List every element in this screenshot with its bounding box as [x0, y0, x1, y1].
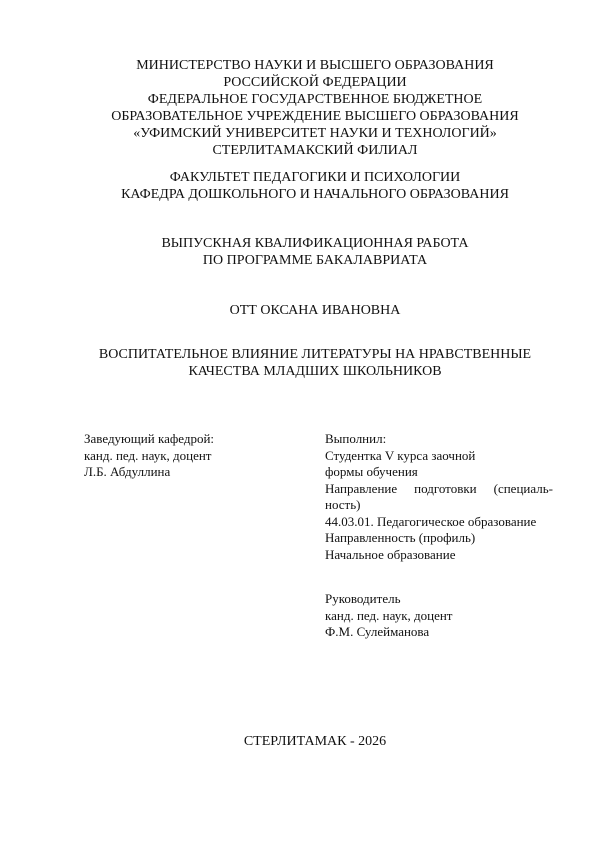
- ministry-line: РОССИЙСКОЙ ФЕДЕРАЦИИ: [80, 74, 550, 91]
- profile-label: Направленность (профиль): [325, 530, 553, 547]
- ministry-line: ФЕДЕРАЛЬНОЕ ГОСУДАРСТВЕННОЕ БЮДЖЕТНОЕ: [80, 91, 550, 108]
- ministry-line: МИНИСТЕРСТВО НАУКИ И ВЫСШЕГО ОБРАЗОВАНИЯ: [80, 57, 550, 74]
- branch-name: СТЕРЛИТАМАКСКИЙ ФИЛИАЛ: [80, 142, 550, 159]
- ministry-header: МИНИСТЕРСТВО НАУКИ И ВЫСШЕГО ОБРАЗОВАНИЯ…: [80, 57, 550, 159]
- faculty-header: ФАКУЛЬТЕТ ПЕДАГОГИКИ И ПСИХОЛОГИИ КАФЕДР…: [80, 169, 550, 203]
- supervisor-degree: канд. пед. наук, доцент: [325, 608, 553, 625]
- head-of-department-block: Заведующий кафедрой: канд. пед. наук, до…: [84, 431, 284, 481]
- faculty-name: ФАКУЛЬТЕТ ПЕДАГОГИКИ И ПСИХОЛОГИИ: [80, 169, 550, 186]
- university-name: «УФИМСКИЙ УНИВЕРСИТЕТ НАУКИ И ТЕХНОЛОГИЙ…: [80, 125, 550, 142]
- performed-by-block: Выполнил: Студентка V курса заочной форм…: [325, 431, 553, 563]
- thesis-title-line: КАЧЕСТВА МЛАДШИХ ШКОЛЬНИКОВ: [80, 363, 550, 380]
- city-year: СТЕРЛИТАМАК - 2026: [80, 733, 550, 750]
- author-name-text: ОТТ ОКСАНА ИВАНОВНА: [80, 302, 550, 319]
- direction-code: 44.03.01. Педагогическое образование: [325, 514, 553, 531]
- supervisor-name: Ф.М. Сулейманова: [325, 624, 553, 641]
- supervisor-label: Руководитель: [325, 591, 553, 608]
- work-type: ВЫПУСКНАЯ КВАЛИФИКАЦИОННАЯ РАБОТА ПО ПРО…: [80, 235, 550, 269]
- study-form: формы обучения: [325, 464, 553, 481]
- head-label: Заведующий кафедрой:: [84, 431, 284, 448]
- student-course: Студентка V курса заочной: [325, 448, 553, 465]
- work-type-line: ПО ПРОГРАММЕ БАКАЛАВРИАТА: [80, 252, 550, 269]
- thesis-title-line: ВОСПИТАТЕЛЬНОЕ ВЛИЯНИЕ ЛИТЕРАТУРЫ НА НРА…: [80, 346, 550, 363]
- author-name: ОТТ ОКСАНА ИВАНОВНА: [80, 302, 550, 319]
- direction-label: Направление подготовки (специаль-: [325, 481, 553, 498]
- ministry-line: ОБРАЗОВАТЕЛЬНОЕ УЧРЕЖДЕНИЕ ВЫСШЕГО ОБРАЗ…: [80, 108, 550, 125]
- profile-value: Начальное образование: [325, 547, 553, 564]
- department-name: КАФЕДРА ДОШКОЛЬНОГО И НАЧАЛЬНОГО ОБРАЗОВ…: [80, 186, 550, 203]
- direction-label-cont: ность): [325, 497, 553, 514]
- head-name: Л.Б. Абдуллина: [84, 464, 284, 481]
- supervisor-block: Руководитель канд. пед. наук, доцент Ф.М…: [325, 591, 553, 641]
- work-type-line: ВЫПУСКНАЯ КВАЛИФИКАЦИОННАЯ РАБОТА: [80, 235, 550, 252]
- performed-label: Выполнил:: [325, 431, 553, 448]
- head-degree: канд. пед. наук, доцент: [84, 448, 284, 465]
- thesis-title: ВОСПИТАТЕЛЬНОЕ ВЛИЯНИЕ ЛИТЕРАТУРЫ НА НРА…: [80, 346, 550, 380]
